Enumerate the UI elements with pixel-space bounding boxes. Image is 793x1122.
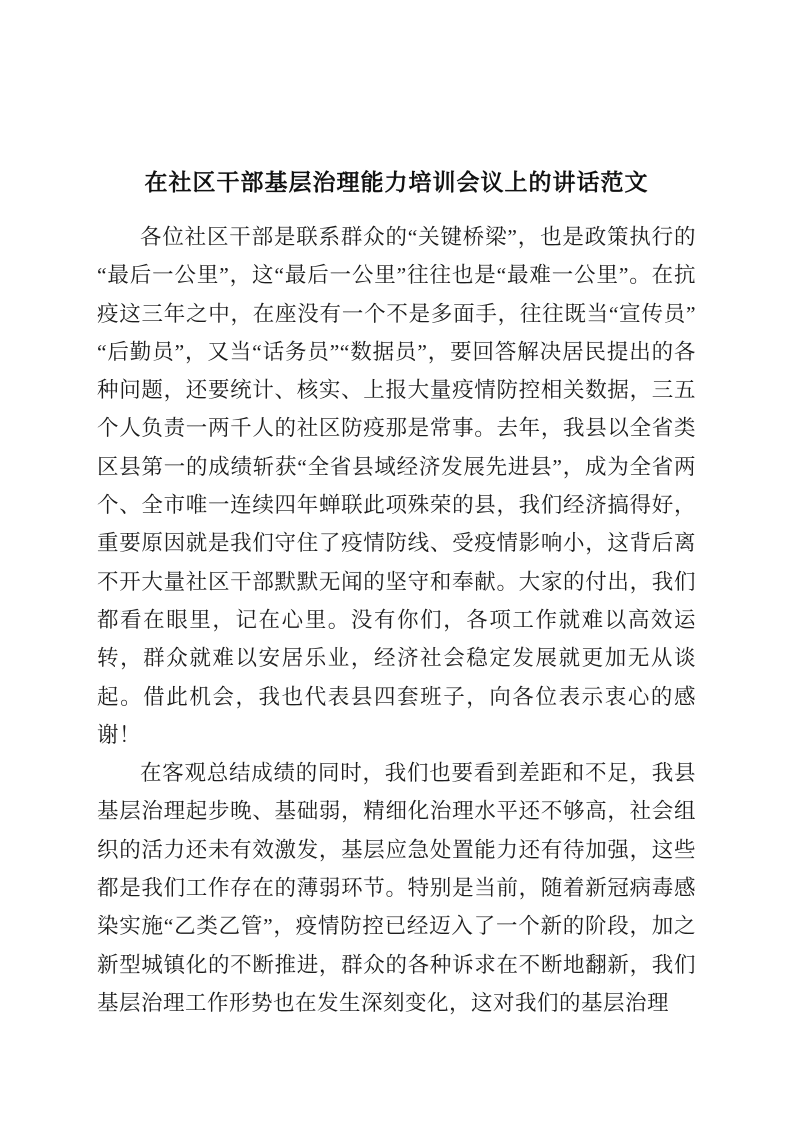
paragraph: 在客观总结成绩的同时，我们也要看到差距和不足，我县基层治理起步晚、基础弱，精细化…	[97, 754, 696, 1022]
document-title: 在社区干部基层治理能力培训会议上的讲话范文	[97, 158, 696, 208]
document-body: 各位社区干部是联系群众的“关键桥梁”，也是政策执行的“最后一公里”，这“最后一公…	[97, 218, 696, 1022]
document-page: 在社区干部基层治理能力培训会议上的讲话范文 各位社区干部是联系群众的“关键桥梁”…	[0, 0, 793, 1122]
paragraph: 各位社区干部是联系群众的“关键桥梁”，也是政策执行的“最后一公里”，这“最后一公…	[97, 218, 696, 754]
